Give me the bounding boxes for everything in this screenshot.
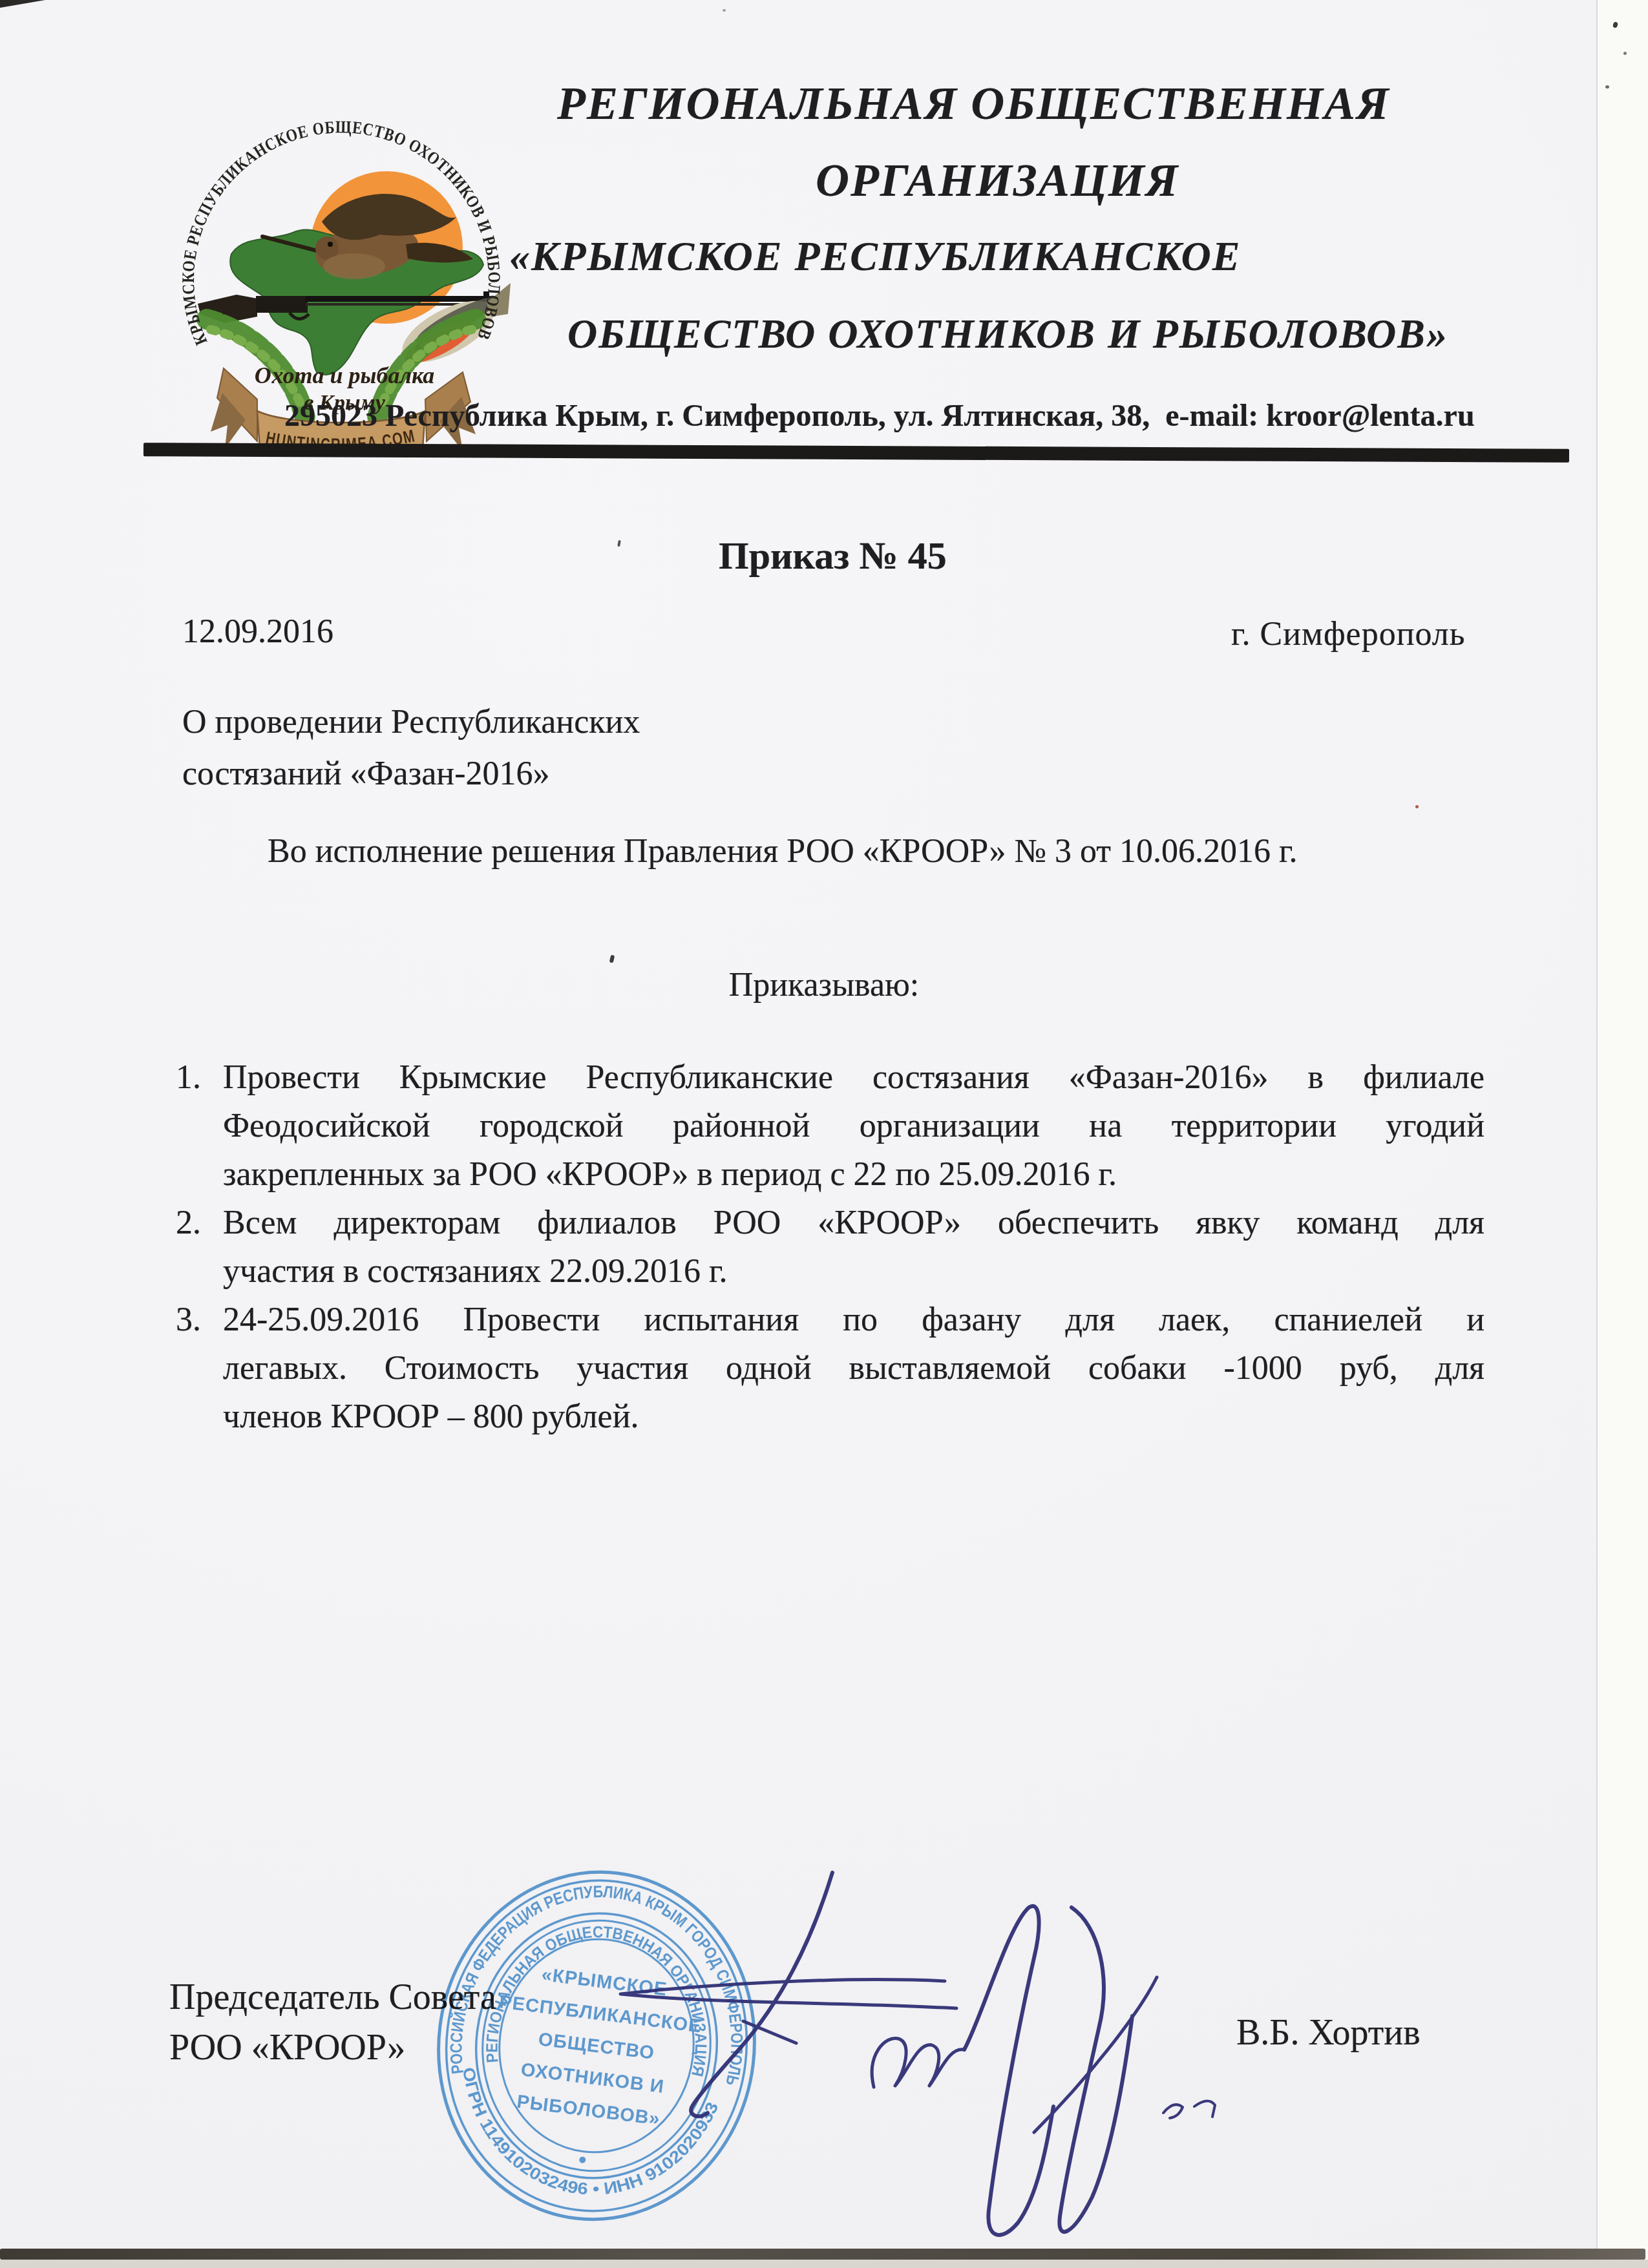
order-city: г. Симферополь [1231, 615, 1465, 653]
preamble: Во исполнение решения Правления РОО «КРО… [182, 832, 1488, 870]
subject-line-2: состязаний «Фазан-2016» [182, 748, 640, 800]
logo-tagline-line1: Охота и рыбалка [255, 362, 435, 388]
stamp-center-line-5: РЫБОЛОВОВ» [516, 2092, 661, 2130]
stamp-bottom-dot [579, 2156, 586, 2163]
item1-line2: Феодосийской городской районной организа… [223, 1102, 1484, 1150]
dust-speck [1605, 85, 1609, 89]
subject-line-1: О проведении Республиканских [182, 697, 640, 748]
item2-line2: участия в состязаниях 22.09.2016 г. [223, 1247, 1484, 1296]
scanner-background-strip [1596, 0, 1648, 2251]
red-ink-speck [1415, 805, 1419, 808]
item3-line3: членов КРООР – 800 рублей. [223, 1392, 1484, 1441]
paper-bottom-edge-shadow [0, 2249, 1645, 2260]
dust-speck [723, 9, 726, 12]
item3-line2: легавых. Стоимость участия одной выставл… [223, 1344, 1484, 1392]
stamp-center-line-4: ОХОТНИКОВ И [520, 2059, 665, 2097]
item2-line1: Всем директорам филиалов РОО «КРООР» обе… [223, 1199, 1484, 1247]
round-stamp: РОССИЙСКАЯ ФЕДЕРАЦИЯ РЕСПУБЛИКА КРЫМ ГОР… [419, 1854, 774, 2237]
order-title: Приказ № 45 [719, 534, 947, 578]
item1-line3: закрепленных за РОО «КРООР» в период с 2… [223, 1150, 1484, 1199]
org-name-line-2: ОРГАНИЗАЦИЯ [816, 157, 1179, 204]
directive-heading: Приказываю: [149, 966, 1499, 1004]
org-name-line-4: ОБЩЕСТВО ОХОТНИКОВ И РЫБОЛОВОВ» [567, 313, 1448, 355]
stamp-and-signature-layer: РОССИЙСКАЯ ФЕДЕРАЦИЯ РЕСПУБЛИКА КРЫМ ГОР… [388, 1835, 1357, 2268]
list-item-number-1: 1. [176, 1053, 201, 1102]
org-name-line-1: РЕГИОНАЛЬНАЯ ОБЩЕСТВЕННАЯ [557, 80, 1390, 127]
list-item-number-2: 2. [176, 1199, 201, 1247]
dust-speck [1623, 52, 1627, 55]
stamp-center-line-1: «КРЫМСКОЕ [540, 1964, 668, 2000]
scanner-bottom-strip [0, 2260, 1648, 2268]
order-date: 12.09.2016 [182, 613, 333, 651]
scanned-document-page: КРЫМСКОЕ РЕСПУБЛИКАНСКОЕ ОБЩЕСТВО ОХОТНИ… [0, 0, 1648, 2268]
stamp-center-line-3: ОБЩЕСТВО [537, 2029, 656, 2064]
scan-corner-artifact [0, 0, 45, 8]
org-name-line-3: «КРЫМСКОЕ РЕСПУБЛИКАНСКОЕ [509, 236, 1241, 277]
order-item-list: Провести Крымские Республиканские состяз… [223, 1053, 1484, 1441]
list-item-number-3: 3. [176, 1296, 201, 1344]
address-line: 295023 Республика Крым, г. Симферополь, … [284, 398, 1475, 434]
item3-line1: 24-25.09.2016 Провести испытания по фаза… [223, 1296, 1484, 1344]
item1-line1: Провести Крымские Республиканские состяз… [223, 1053, 1484, 1102]
